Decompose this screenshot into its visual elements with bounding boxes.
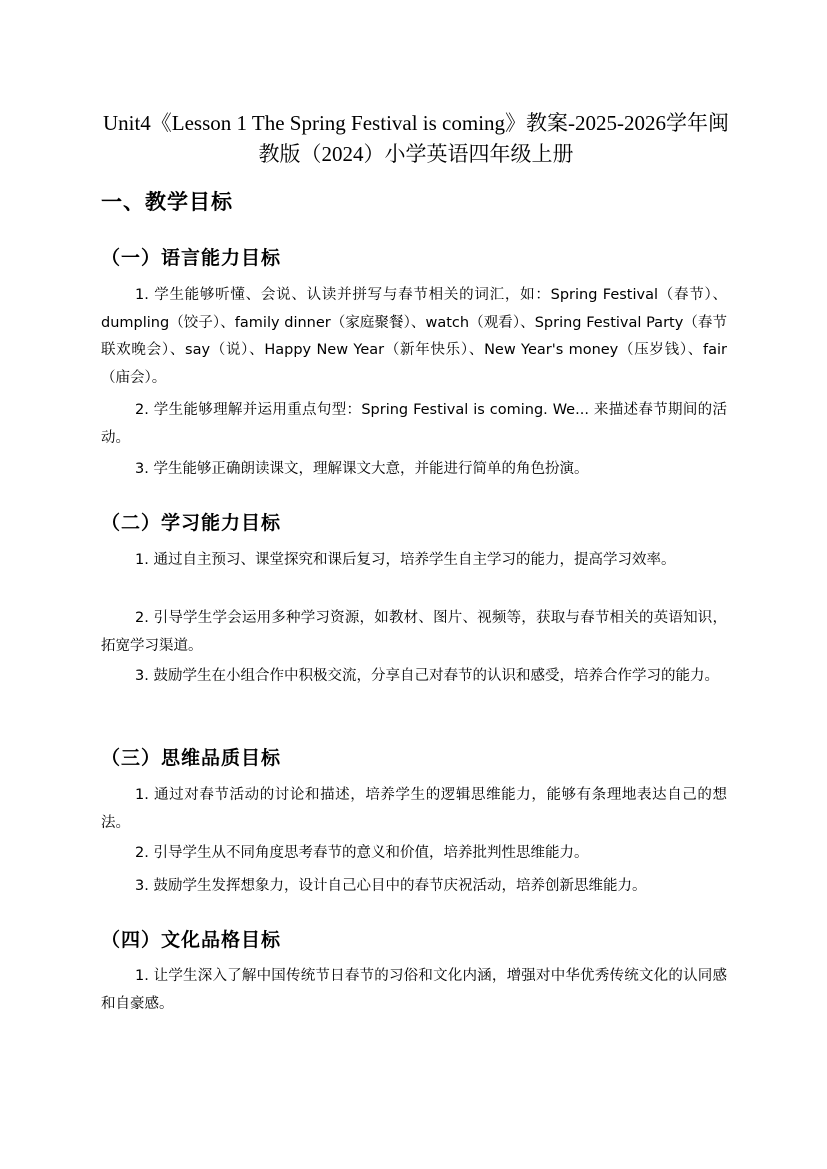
- objective-item: 1. 让学生深入了解中国传统节日春节的习俗和文化内涵，增强对中华优秀传统文化的认…: [101, 963, 727, 1018]
- subsection-heading-culture: （四）文化品格目标: [101, 925, 281, 952]
- document-page: Unit4《Lesson 1 The Spring Festival is co…: [0, 0, 827, 1169]
- objective-item: 2. 引导学生从不同角度思考春节的意义和价值，培养批判性思维能力。: [101, 840, 727, 868]
- objective-item: 1. 学生能够听懂、会说、认读并拼写与春节相关的词汇，如：Spring Fest…: [101, 282, 727, 392]
- objective-item: 1. 通过自主预习、课堂探究和课后复习，培养学生自主学习的能力，提高学习效率。: [101, 547, 727, 575]
- subsection-heading-language: （一）语言能力目标: [101, 243, 281, 270]
- subsection-heading-learning: （二）学习能力目标: [101, 508, 281, 535]
- objective-item: 3. 学生能够正确朗读课文，理解课文大意，并能进行简单的角色扮演。: [101, 456, 727, 484]
- objective-item: 2. 学生能够理解并运用重点句型：Spring Festival is comi…: [101, 397, 727, 452]
- section-heading-teaching-objectives: 一、教学目标: [101, 186, 233, 216]
- objective-item: 1. 通过对春节活动的讨论和描述，培养学生的逻辑思维能力，能够有条理地表达自己的…: [101, 782, 727, 837]
- objective-item: 2. 引导学生学会运用多种学习资源，如教材、图片、视频等，获取与春节相关的英语知…: [101, 605, 727, 660]
- document-title: Unit4《Lesson 1 The Spring Festival is co…: [96, 108, 736, 170]
- objective-item: 3. 鼓励学生在小组合作中积极交流，分享自己对春节的认识和感受，培养合作学习的能…: [101, 663, 727, 691]
- objective-item: 3. 鼓励学生发挥想象力，设计自己心目中的春节庆祝活动，培养创新思维能力。: [101, 873, 727, 901]
- subsection-heading-thinking: （三）思维品质目标: [101, 743, 281, 770]
